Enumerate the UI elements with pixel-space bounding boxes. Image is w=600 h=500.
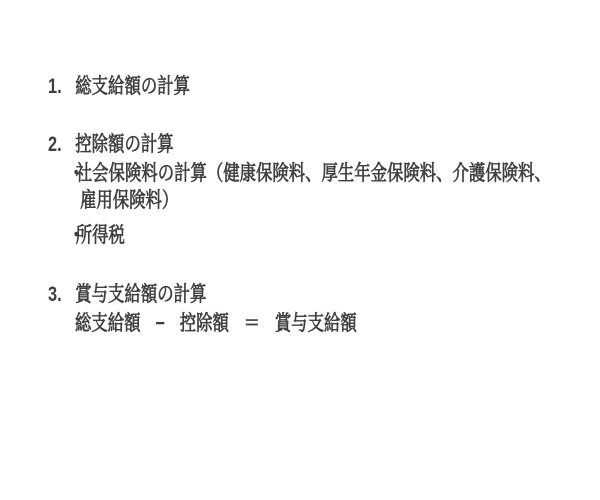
bullet-income-tax: ・所得税 xyxy=(68,225,125,247)
bullet-social-insurance-line1: ・社会保険料の計算（健康保険料、厚生年金保険料、介護保険料、 xyxy=(68,163,551,185)
list-item-gross-pay: 1.総支給額の計算 xyxy=(48,76,190,98)
bullet-social-insurance-line2: 雇用保険料） xyxy=(80,190,178,212)
equals-sign: ＝ xyxy=(244,313,260,335)
formula-deduction: 控除額 xyxy=(180,313,229,335)
list-item-deductions: 2.控除額の計算 xyxy=(48,134,174,156)
slide-canvas: 1.総支給額の計算 2.控除額の計算 ・社会保険料の計算（健康保険料、厚生年金保… xyxy=(0,0,600,500)
bullet-text: 雇用保険料） xyxy=(80,189,178,212)
minus-sign: − xyxy=(155,313,165,335)
item-title: 控除額の計算 xyxy=(75,133,173,156)
item-number: 1. xyxy=(48,76,75,98)
bullet-dot-icon: ・ xyxy=(68,163,76,185)
item-number: 3. xyxy=(48,284,75,306)
item-title: 総支給額の計算 xyxy=(75,75,190,98)
bonus-formula: 総支給額 − 控除額 ＝ 賞与支給額 xyxy=(75,313,357,335)
formula-result: 賞与支給額 xyxy=(275,313,357,335)
bullet-text: 所得税 xyxy=(76,224,125,247)
item-number: 2. xyxy=(48,134,75,156)
bullet-text: 社会保険料の計算（健康保険料、厚生年金保険料、介護保険料、 xyxy=(76,162,551,185)
item-title: 賞与支給額の計算 xyxy=(75,283,206,306)
bullet-dot-icon: ・ xyxy=(68,225,76,247)
list-item-bonus-pay: 3.賞与支給額の計算 xyxy=(48,284,206,306)
formula-lhs: 総支給額 xyxy=(75,313,141,335)
